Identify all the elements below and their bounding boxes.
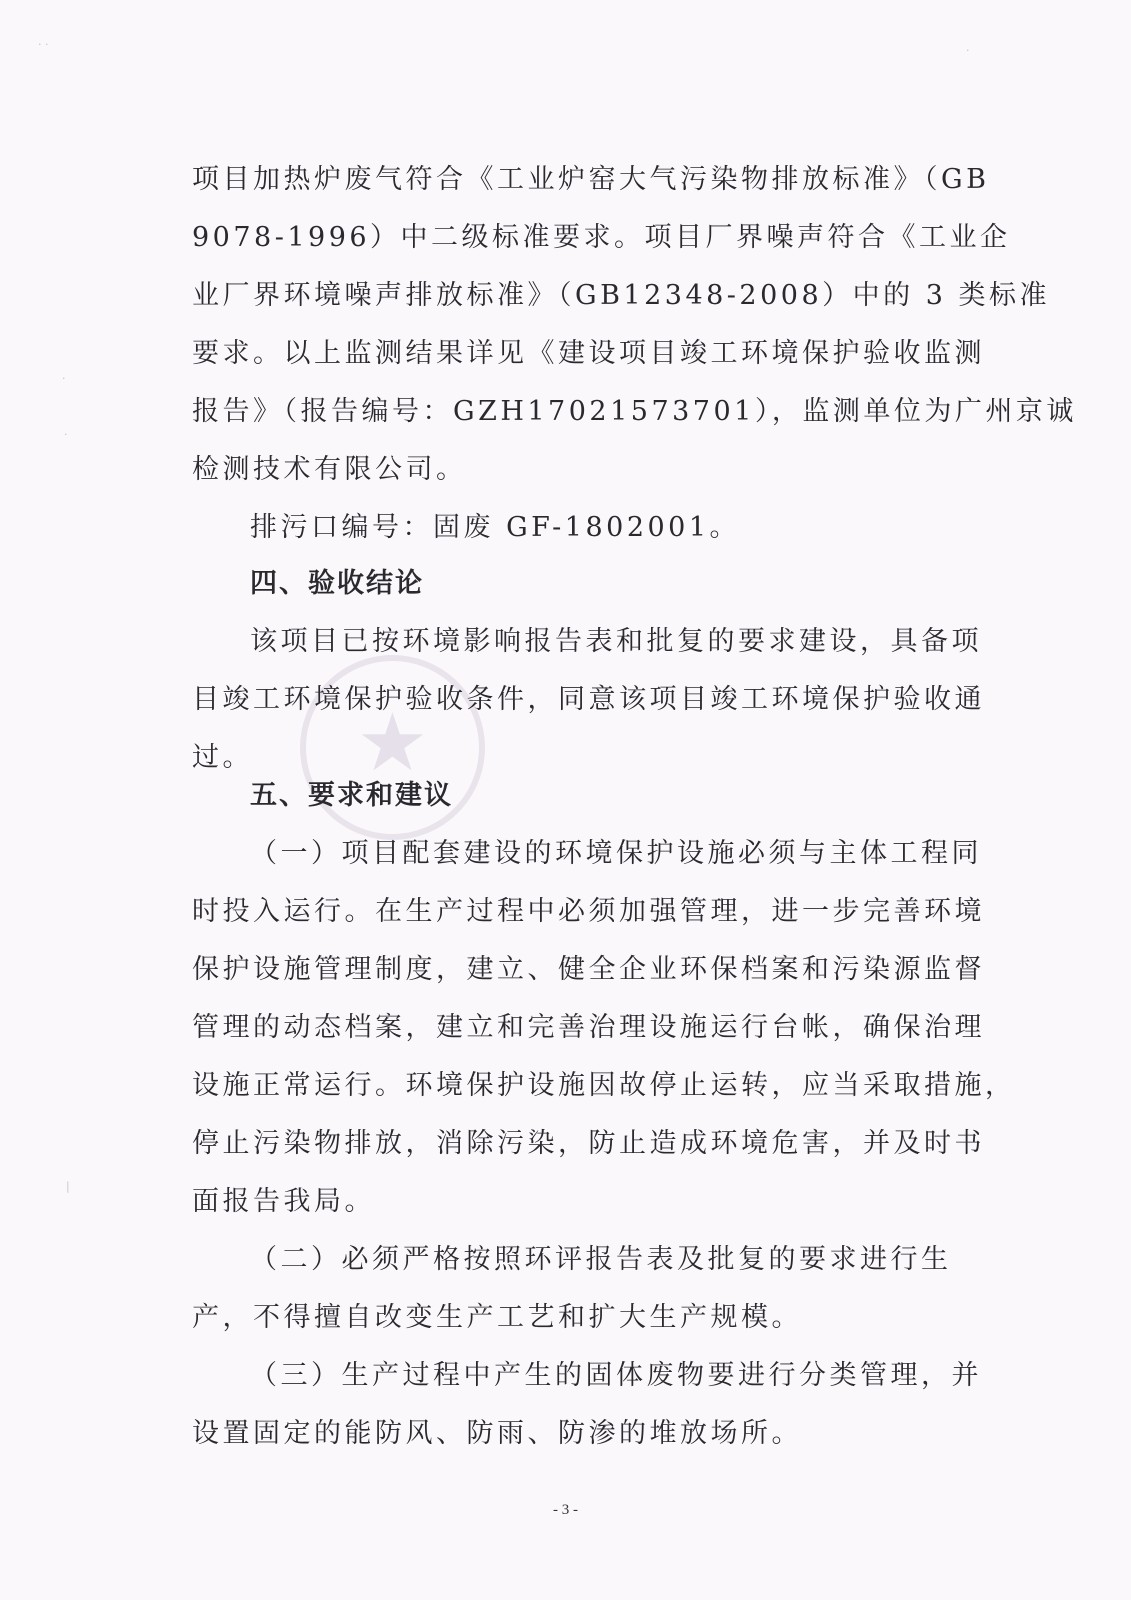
text-line: （二）必须严格按照环评报告表及批复的要求进行生 — [250, 1240, 952, 1280]
text-line: 停止污染物排放，消除污染，防止造成环境危害，并及时书 — [192, 1124, 985, 1164]
text-line: 产，不得擅自改变生产工艺和扩大生产规模。 — [192, 1298, 802, 1338]
text-line: 设置固定的能防风、防雨、防渗的堆放场所。 — [192, 1414, 802, 1454]
text-line: 报告》（报告编号：GZH17021573701），监测单位为广州京诚 — [192, 392, 1077, 432]
text-line: 时投入运行。在生产过程中必须加强管理，进一步完善环境 — [192, 892, 985, 932]
text-line: 保护设施管理制度，建立、健全企业环保档案和污染源监督 — [192, 950, 985, 990]
scan-artifact: | — [66, 1180, 70, 1193]
section-heading-acceptance-conclusion: 四、验收结论 — [250, 564, 424, 604]
text-line: 设施正常运行。环境保护设施因故停止运转，应当采取措施， — [192, 1066, 1016, 1106]
text-line: 面报告我局。 — [192, 1182, 375, 1222]
text-line: （三）生产过程中产生的固体废物要进行分类管理，并 — [250, 1356, 982, 1396]
text-line: 业厂界环境噪声排放标准》（GB12348-2008）中的 3 类标准 — [192, 276, 1050, 316]
text-line: 要求。以上监测结果详见《建设项目竣工环境保护验收监测 — [192, 334, 985, 374]
text-line: 目竣工环境保护验收条件，同意该项目竣工环境保护验收通 — [192, 680, 985, 720]
text-line: 过。 — [192, 738, 253, 778]
text-line: 9078-1996）中二级标准要求。项目厂界噪声符合《工业企 — [192, 218, 1011, 258]
text-line: 该项目已按环境影响报告表和批复的要求建设，具备项 — [250, 622, 982, 662]
page-number: - 3 - — [0, 1502, 1131, 1519]
text-line: 项目加热炉废气符合《工业炉窑大气污染物排放标准》（GB — [192, 160, 989, 200]
scan-artifact: · — [62, 372, 66, 385]
text-line: 管理的动态档案，建立和完善治理设施运行台帐，确保治理 — [192, 1008, 985, 1048]
scan-artifact: · — [966, 44, 970, 57]
text-line: 检测技术有限公司。 — [192, 450, 467, 490]
scan-artifact: · · — [38, 38, 49, 51]
document-page: ★ · · · · | · 项目加热炉废气符合《工业炉窑大气污染物排放标准》（G… — [0, 0, 1131, 1600]
section-heading-requirements: 五、要求和建议 — [250, 776, 453, 816]
scan-artifact: · — [64, 428, 68, 441]
outlet-number-text: 排污口编号：固废 GF-1802001。 — [250, 508, 740, 548]
text-line: （一）项目配套建设的环境保护设施必须与主体工程同 — [250, 834, 982, 874]
